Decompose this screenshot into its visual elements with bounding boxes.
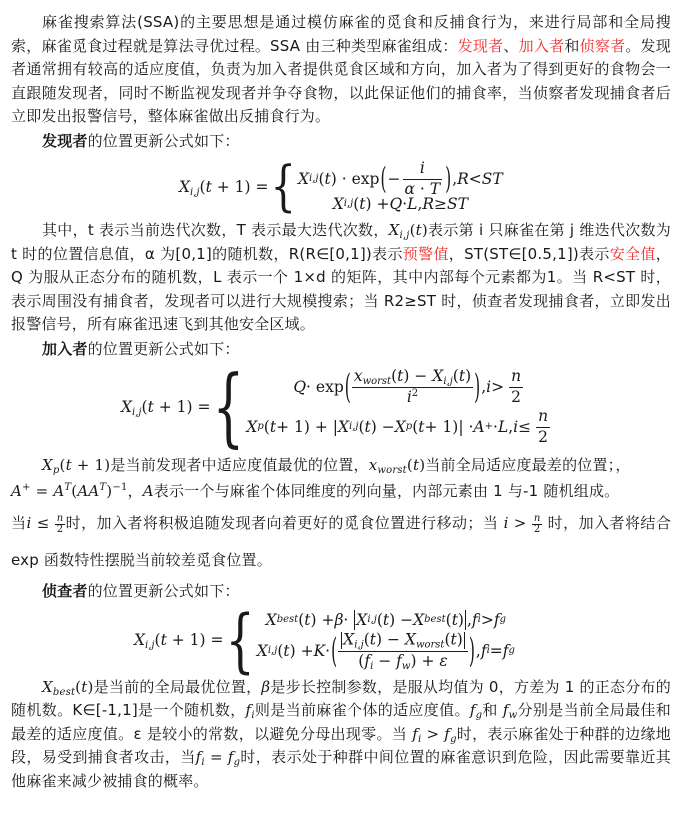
desc-text: 是当前发现者中适应度值最优的位置， <box>110 456 368 474</box>
desc-text: 时，加入者将积极追随发现者向着更好的觅食位置进行移动；当 <box>65 514 503 532</box>
formula-case-2: Xi,j(t) + K ·(Xi,j(t) − Xworst(t)(fi − f… <box>257 632 515 670</box>
left-brace-icon: { <box>271 156 296 218</box>
formula-cases: Xi,j(t) · exp(−iα · T), R < ST Xi,j(t) +… <box>298 161 503 213</box>
math-xp: Xp(t + 1) <box>42 456 110 474</box>
math-xij: Xi,j(t) <box>389 221 428 239</box>
formula-lhs: Xi,j(t + 1) = <box>121 398 211 416</box>
desc-text: 当 <box>11 514 26 532</box>
heading-bold: 侦查者 <box>42 582 88 600</box>
heading-bold: 发现者 <box>42 132 88 150</box>
left-brace-icon: { <box>226 599 255 680</box>
desc-text: 和 <box>482 701 503 719</box>
math-i-le-n2: i ≤ n2 <box>26 514 65 532</box>
formula-case-1: Xbest(t) + β · Xi,j(t) − Xbest(t), fi > … <box>257 610 515 630</box>
math-fw: fw <box>503 701 518 719</box>
scout-heading: 侦查者的位置更新公式如下： <box>11 580 671 604</box>
intro-paragraph: 麻雀搜索算法(SSA)的主要思想是通过模仿麻雀的觅食和反捕食行为，来进行局部和全… <box>11 11 671 129</box>
formula-case-1: Q · exp(xworst(t) − Xi,j(t)i2), i > n2 <box>246 369 550 405</box>
desc-text: 则是当前麻雀个体的适应度值。 <box>255 701 470 719</box>
math-aplus: A+ = AT(AAT)−1 <box>11 482 128 500</box>
desc-text: ，ST(ST∈[0.5,1])表示 <box>449 245 610 263</box>
math-fi-eq-fg: fi = fg <box>196 748 241 766</box>
separator: 、 <box>503 37 518 55</box>
math-i-gt-n2: i > n2 <box>504 514 543 532</box>
discoverer-heading: 发现者的位置更新公式如下： <box>11 130 671 154</box>
left-brace-icon: { <box>213 358 245 457</box>
formula-case-2: Xp(t + 1) + |Xi,j(t) − Xp(t + 1)| · A+ ·… <box>246 409 550 445</box>
math-fi-gt-fg: fi > fg <box>412 725 456 743</box>
scout-formula: Xi,j(t + 1) = { Xbest(t) + β · Xi,j(t) −… <box>134 604 671 676</box>
desc-text: 当前全局适应度最差的位置；， <box>425 456 630 474</box>
joiner-description-2: A+ = AT(AAT)−1，A表示一个与麻雀个体同维度的列向量，内部元素由 1… <box>11 478 671 505</box>
math-beta: β <box>261 678 270 696</box>
conjunction: 和 <box>564 37 579 55</box>
math-fg: fg <box>470 701 482 719</box>
joiner-heading: 加入者的位置更新公式如下： <box>11 338 671 362</box>
math-a: A <box>143 482 154 500</box>
math-xbest: Xbest(t) <box>42 678 94 696</box>
math-xworst: xworst(t) <box>369 456 426 474</box>
formula-case-2: Xi,j(t) + Q · L, R ≥ ST <box>298 195 503 213</box>
safety-value-term: 安全值 <box>610 245 656 263</box>
desc-text: ， <box>128 482 143 500</box>
role-scout: 侦察者 <box>580 37 626 55</box>
joiner-description: Xp(t + 1)是当前发现者中适应度值最优的位置，xworst(t)当前全局适… <box>11 453 671 478</box>
discoverer-formula: Xi,j(t + 1) = { Xi,j(t) · exp(−iα · T), … <box>179 155 671 219</box>
formula-cases: Xbest(t) + β · Xi,j(t) − Xbest(t), fi > … <box>257 610 515 670</box>
formula-cases: Q · exp(xworst(t) − Xi,j(t)i2), i > n2 X… <box>246 369 550 445</box>
warning-value-term: 预警值 <box>403 245 449 263</box>
document-body: 麻雀搜索算法(SSA)的主要思想是通过模仿麻雀的觅食和反捕食行为，来进行局部和全… <box>11 11 671 793</box>
desc-text: 表示一个与麻雀个体同维度的列向量，内部元素由 1 与-1 随机组成。 <box>154 482 620 500</box>
math-fi: fi <box>246 701 255 719</box>
heading-rest: 的位置更新公式如下： <box>88 582 240 600</box>
formula-lhs: Xi,j(t + 1) = <box>134 631 224 649</box>
joiner-formula: Xi,j(t + 1) = { Q · exp(xworst(t) − Xi,j… <box>121 361 671 453</box>
desc-text: 其中，t 表示当前迭代次数，T 表示最大迭代次数， <box>42 221 389 239</box>
scout-description: Xbest(t)是当前的全局最优位置，β是步长控制参数，是服从均值为 0，方差为… <box>11 676 671 794</box>
formula-case-1: Xi,j(t) · exp(−iα · T), R < ST <box>298 161 503 197</box>
role-discoverer: 发现者 <box>458 37 504 55</box>
formula-lhs: Xi,j(t + 1) = <box>179 178 269 196</box>
discoverer-description: 其中，t 表示当前迭代次数，T 表示最大迭代次数，Xi,j(t)表示第 i 只麻… <box>11 219 671 337</box>
heading-rest: 的位置更新公式如下： <box>88 132 240 150</box>
role-joiner: 加入者 <box>519 37 565 55</box>
joiner-description-3: 当i ≤ n2时，加入者将积极追随发现者向着更好的觅食位置进行移动；当 i > … <box>11 505 671 579</box>
heading-bold: 加入者 <box>42 340 88 358</box>
heading-rest: 的位置更新公式如下： <box>88 340 240 358</box>
